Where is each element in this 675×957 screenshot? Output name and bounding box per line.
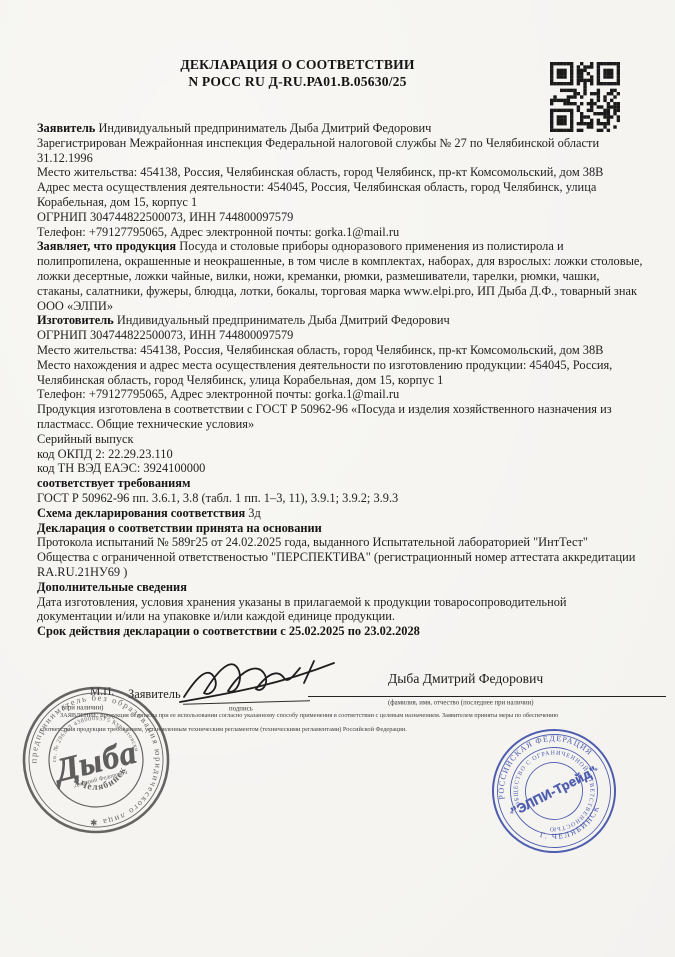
manufacturer-contacts: Телефон: +79127795065, Адрес электронной… <box>37 387 643 402</box>
claimant-registered: Зарегистрирован Межрайонная инспекция Фе… <box>37 136 643 166</box>
product-label: Заявляет, что продукция <box>37 239 176 253</box>
product-line: Заявляет, что продукция Посуда и столовы… <box>37 239 643 313</box>
claimant-activity-address: Адрес места осуществления деятельности: … <box>37 180 643 210</box>
manufacturer-line: Изготовитель Индивидуальный предпринимат… <box>37 313 643 328</box>
claimant-label: Заявитель <box>37 121 95 135</box>
manufacturer-ogrnip-inn: ОГРНИП 304744822500073, ИНН 744800097579 <box>37 328 643 343</box>
tnved-code: код ТН ВЭД ЕАЭС: 3924100000 <box>37 461 643 476</box>
signer-name: Дыба Дмитрий Федорович <box>388 671 543 687</box>
signer-name-line <box>308 696 666 697</box>
conformity-standards: ГОСТ Р 50962-96 пп. 3.6.1, 3.8 (табл. 1 … <box>37 491 643 506</box>
document-title-block: ДЕКЛАРАЦИЯ О СООТВЕТСТВИИ N РОСС RU Д-RU… <box>35 57 560 90</box>
manufacturer-gost-note: Продукция изготовлена в соответствии с Г… <box>37 402 643 432</box>
document-number: N РОСС RU Д-RU.РА01.В.05630/25 <box>35 74 560 91</box>
handwritten-signature <box>176 653 348 707</box>
additional-label: Дополнительные сведения <box>37 580 643 595</box>
declaration-document: ДЕКЛАРАЦИЯ О СООТВЕТСТВИИ N РОСС RU Д-RU… <box>0 0 675 957</box>
manufacturer-production-address: Место нахождения и адрес места осуществл… <box>37 358 643 388</box>
claimant-ogrnip-inn: ОГРНИП 304744822500073, ИНН 744800097579 <box>37 210 643 225</box>
validity-line: Срок действия декларации о соответствии … <box>37 624 643 639</box>
manufacturer-residence: Место жительства: 454138, Россия, Челяби… <box>37 343 643 358</box>
claimant-residence: Место жительства: 454138, Россия, Челяби… <box>37 165 643 180</box>
entrepreneur-stamp: предприниматель без образования юридичес… <box>16 680 176 840</box>
manufacturer-label: Изготовитель <box>37 313 114 327</box>
document-body: Заявитель Индивидуальный предприниматель… <box>37 121 643 639</box>
claimant-line: Заявитель Индивидуальный предприниматель… <box>37 121 643 136</box>
basis-label: Декларация о соответствии принята на осн… <box>37 521 643 536</box>
additional-text: Дата изготовления, условия хранения указ… <box>37 595 643 625</box>
company-stamp: РОССИЙСКАЯ ФЕДЕРАЦИЯ Г. ЧЕЛЯБИНСК * * ОБ… <box>487 724 621 858</box>
signer-name-caption: (фамилия, имя, отчество (последнее при н… <box>388 699 534 706</box>
document-title: ДЕКЛАРАЦИЯ О СООТВЕТСТВИИ <box>35 57 560 74</box>
okpd-code: код ОКПД 2: 22.29.23.110 <box>37 447 643 462</box>
serial-release: Серийный выпуск <box>37 432 643 447</box>
scheme-label: Схема декларирования соответствия <box>37 506 245 520</box>
scheme-line: Схема декларирования соответствия 3д <box>37 506 643 521</box>
claimant-contacts: Телефон: +79127795065, Адрес электронной… <box>37 225 643 240</box>
basis-text: Протокола испытаний № 589г25 от 24.02.20… <box>37 535 643 579</box>
conformity-label: соответствует требованиям <box>37 476 643 491</box>
